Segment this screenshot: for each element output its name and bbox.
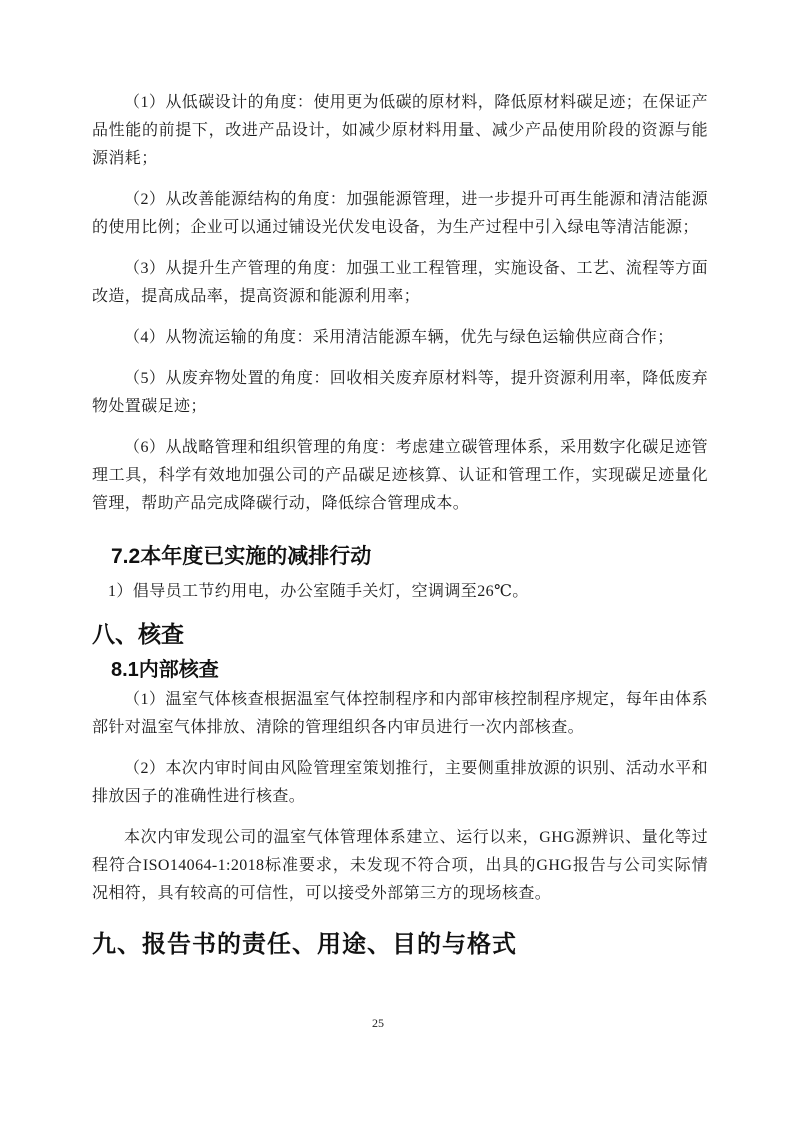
page-content: （1）从低碳设计的角度：使用更为低碳的原材料，降低原材料碳足迹；在保证产品性能的…: [92, 0, 708, 968]
internal-audit-paragraph-3: 本次内审发现公司的温室气体管理体系建立、运行以来，GHG源辨识、量化等过程符合I…: [92, 824, 708, 908]
page-number: 25: [0, 1016, 756, 1031]
measure-paragraph-4: （4）从物流运输的角度：采用清洁能源车辆，优先与绿色运输供应商合作；: [92, 324, 708, 352]
internal-audit-paragraph-2: （2）本次内审时间由风险管理室策划推行，主要侧重排放源的识别、活动水平和排放因子…: [92, 755, 708, 811]
section-7-2-item-1: 1）倡导员工节约用电，办公室随手关灯，空调调至26℃。: [92, 578, 708, 606]
heading-section-7-2: 7.2本年度已实施的减排行动: [92, 542, 708, 572]
measure-paragraph-3: （3）从提升生产管理的角度：加强工业工程管理，实施设备、工艺、流程等方面改造，提…: [92, 255, 708, 311]
document-page: （1）从低碳设计的角度：使用更为低碳的原材料，降低原材料碳足迹；在保证产品性能的…: [0, 0, 800, 1131]
internal-audit-paragraph-1: （1）温室气体核查根据温室气体控制程序和内部审核控制程序规定，每年由体系部针对温…: [92, 686, 708, 742]
heading-section-8: 八、核查: [92, 618, 708, 650]
heading-section-9: 九、报告书的责任、用途、目的与格式: [92, 928, 708, 962]
heading-section-8-1: 8.1内部核查: [92, 656, 708, 684]
measure-paragraph-5: （5）从废弃物处置的角度：回收相关废弃原材料等，提升资源利用率，降低废弃物处置碳…: [92, 365, 708, 421]
measure-paragraph-6: （6）从战略管理和组织管理的角度：考虑建立碳管理体系，采用数字化碳足迹管理工具，…: [92, 434, 708, 518]
measure-paragraph-2: （2）从改善能源结构的角度：加强能源管理，进一步提升可再生能源和清洁能源的使用比…: [92, 186, 708, 242]
measure-paragraph-1: （1）从低碳设计的角度：使用更为低碳的原材料，降低原材料碳足迹；在保证产品性能的…: [92, 89, 708, 173]
